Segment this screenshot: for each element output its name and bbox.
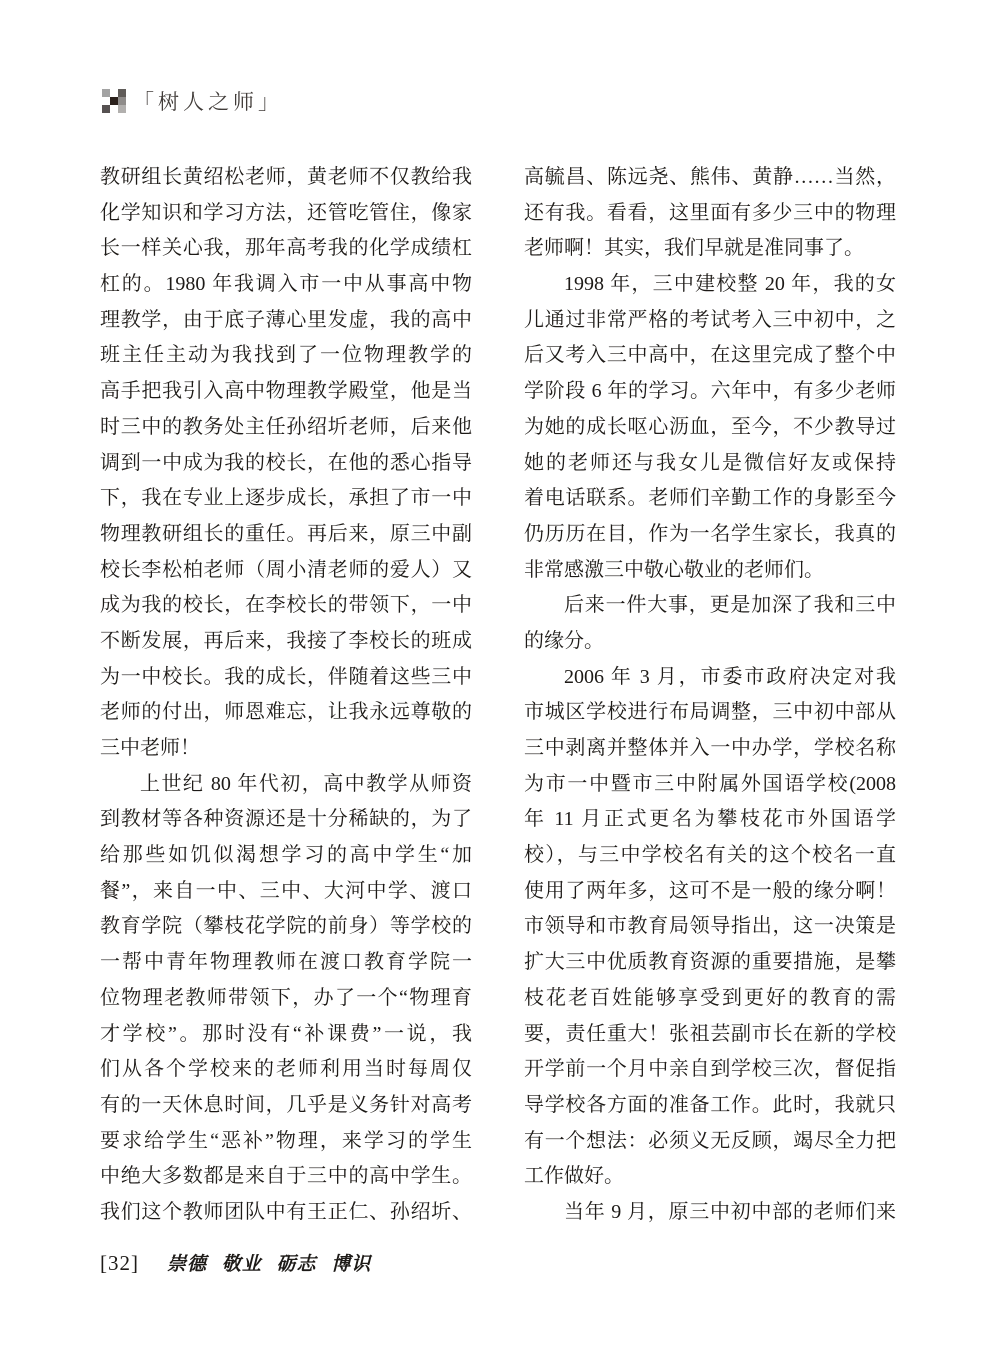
text-line: 为她的成长呕心沥血，至今，不少教导过 [524,410,896,446]
text-line: 上世纪 80 年代初，高中教学从师资 [100,767,472,803]
text-line: 还有我。看看，这里面有多少三中的物理 [524,196,896,232]
section-title: 「树人之师」 [133,86,283,116]
text-line: 年 11 月正式更名为攀枝花市外国语学 [524,802,896,838]
checker-logo-icon [102,89,126,113]
text-line: 才学校”。那时没有“补课费”一说，我 [100,1017,472,1053]
text-line: 市城区学校进行布局调整，三中初中部从 [524,695,896,731]
text-line: 教研组长黄绍松老师，黄老师不仅教给我 [100,160,472,196]
text-line: 中绝大多数都是来自于三中的高中学生。 [100,1159,472,1195]
text-line: 要求给学生“恶补”物理，来学习的学生 [100,1124,472,1160]
column-left: 教研组长黄绍松老师，黄老师不仅教给我化学知识和学习方法，还管吃管住，像家长一样关… [100,160,472,1231]
text-line: 要，责任重大！张祖芸副市长在新的学校 [524,1017,896,1053]
text-line: 学阶段 6 年的学习。六年中，有多少老师 [524,374,896,410]
text-line: 班主任主动为我找到了一位物理教学的 [100,338,472,374]
text-line: 的缘分。 [524,624,896,660]
text-line: 校），与三中学校名有关的这个校名一直 [524,838,896,874]
text-line: 后来一件大事，更是加深了我和三中 [524,588,896,624]
text-line: 市领导和市教育局领导指出，这一决策是 [524,909,896,945]
text-line: 当年 9 月，原三中初中部的老师们来 [524,1195,896,1231]
text-line: 2006 年 3 月，市委市政府决定对我 [524,660,896,696]
text-line: 1998 年，三中建校整 20 年，我的女 [524,267,896,303]
text-line: 三中剥离并整体并入一中办学，学校名称 [524,731,896,767]
text-line: 长一样关心我，那年高考我的化学成绩杠 [100,231,472,267]
text-line: 老师的付出，师恩难忘，让我永远尊敬的 [100,695,472,731]
text-line: 为一中校长。我的成长，伴随着这些三中 [100,660,472,696]
text-line: 餐”，来自一中、三中、大河中学、渡口 [100,874,472,910]
text-line: 后又考入三中高中，在这里完成了整个中 [524,338,896,374]
text-line: 理教学，由于底子薄心里发虚，我的高中 [100,303,472,339]
text-line: 工作做好。 [524,1159,896,1195]
text-line: 校长李松柏老师（周小清老师的爱人）又 [100,553,472,589]
text-line: 化学知识和学习方法，还管吃管住，像家 [100,196,472,232]
text-line: 位物理老教师带领下，办了一个“物理育 [100,981,472,1017]
text-line: 我们这个教师团队中有王正仁、孙绍圻、 [100,1195,472,1231]
text-line: 扩大三中优质教育资源的重要措施，是攀 [524,945,896,981]
column-right: 高毓昌、陈远尧、熊伟、黄静……当然，还有我。看看，这里面有多少三中的物理老师啊！… [524,160,896,1231]
text-line: 时三中的教务处主任孙绍圻老师，后来他 [100,410,472,446]
text-line: 物理教研组长的重任。再后来，原三中副 [100,517,472,553]
text-line: 有的一天休息时间，几乎是义务针对高考 [100,1088,472,1124]
text-line: 给那些如饥似渴想学习的高中学生“加 [100,838,472,874]
text-line: 儿通过非常严格的考试考入三中初中，之 [524,303,896,339]
text-line: 到教材等各种资源还是十分稀缺的，为了 [100,802,472,838]
text-line: 一帮中青年物理教师在渡口教育学院一 [100,945,472,981]
text-line: 不断发展，再后来，我接了李校长的班成 [100,624,472,660]
page-header: 「树人之师」 [102,86,283,116]
text-line: 导学校各方面的准备工作。此时，我就只 [524,1088,896,1124]
text-line: 为市一中暨市三中附属外国语学校(2008 [524,767,896,803]
text-line: 老师啊！其实，我们早就是准同事了。 [524,231,896,267]
text-line: 枝花老百姓能够享受到更好的教育的需 [524,981,896,1017]
text-line: 有一个想法：必须义无反顾，竭尽全力把 [524,1124,896,1160]
text-line: 使用了两年多，这可不是一般的缘分啊！ [524,874,896,910]
page-footer: [32] 崇德 敬业 砺志 博识 [100,1249,371,1276]
text-line: 着电话联系。老师们辛勤工作的身影至今 [524,481,896,517]
text-line: 们从各个学校来的老师利用当时每周仅 [100,1052,472,1088]
text-line: 高毓昌、陈远尧、熊伟、黄静……当然， [524,160,896,196]
text-line: 调到一中成为我的校长，在他的悉心指导 [100,446,472,482]
text-line: 开学前一个月中亲自到学校三次，督促指 [524,1052,896,1088]
footer-motto: 崇德 敬业 砺志 博识 [167,1249,371,1276]
text-line: 非常感激三中敬心敬业的老师们。 [524,553,896,589]
page-number: [32] [100,1251,139,1276]
text-line: 成为我的校长，在李校长的带领下，一中 [100,588,472,624]
text-line: 高手把我引入高中物理教学殿堂，他是当 [100,374,472,410]
text-line: 她的老师还与我女儿是微信好友或保持 [524,446,896,482]
text-line: 下，我在专业上逐步成长，承担了市一中 [100,481,472,517]
text-line: 仍历历在目，作为一名学生家长，我真的 [524,517,896,553]
text-line: 三中老师！ [100,731,472,767]
magazine-page: 「树人之师」 教研组长黄绍松老师，黄老师不仅教给我化学知识和学习方法，还管吃管住… [0,0,1000,1357]
text-line: 教育学院（攀枝花学院的前身）等学校的 [100,909,472,945]
article-body: 教研组长黄绍松老师，黄老师不仅教给我化学知识和学习方法，还管吃管住，像家长一样关… [100,160,896,1231]
text-line: 杠的。1980 年我调入市一中从事高中物 [100,267,472,303]
